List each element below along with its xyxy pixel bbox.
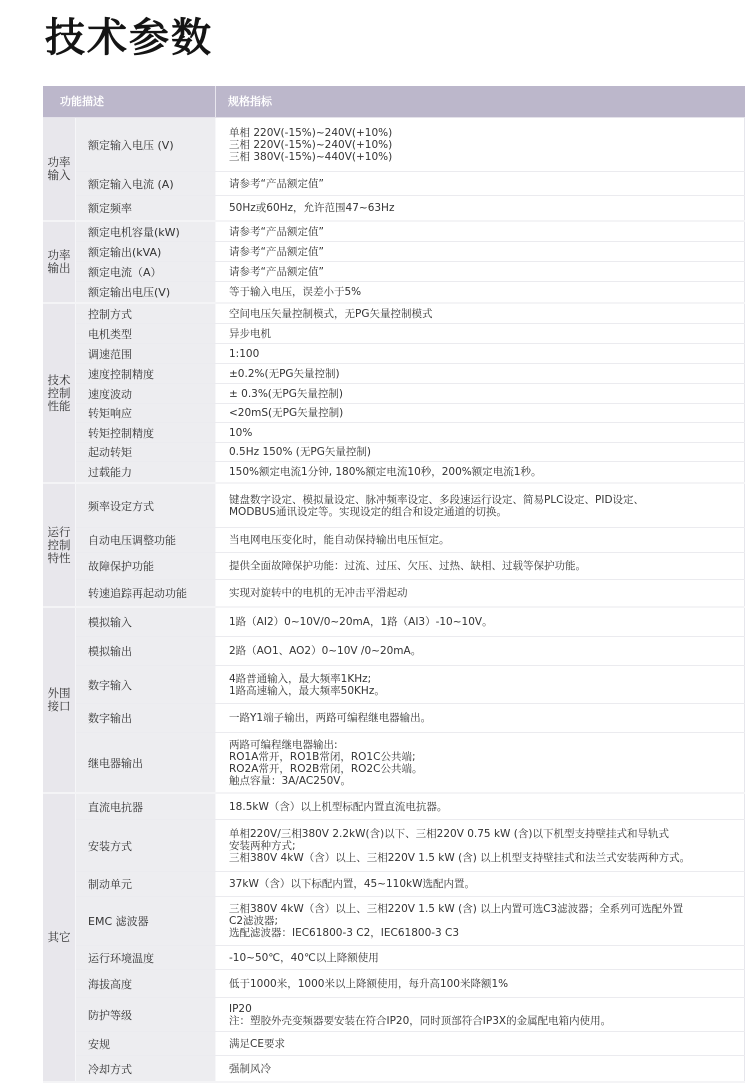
row-label: 故障保护功能 [76,553,216,579]
value-line: 注：塑胶外壳变频器要安装在符合IP20，同时顶部符合IP3X的金属配电箱内使用。 [229,1015,740,1027]
row-label: 转矩控制精度 [76,423,216,442]
row-value: 18.5kW（含）以上机型标配内置直流电抗器。 [216,794,745,819]
row-label: 额定输入电压 (V) [76,118,216,171]
row-label: 电机类型 [76,324,216,343]
value-line: 37kW（含）以下标配内置，45~110kW选配内置。 [229,878,740,890]
table-row: 额定电流（A）请参考“产品额定值” [76,262,745,282]
value-line: 三相 380V(-15%)~440V(+10%) [229,151,740,163]
spec-group: 外围接口模拟输入1路（AI2）0~10V/0~20mA，1路（AI3）-10~1… [43,608,745,794]
value-line: 1:100 [229,348,740,360]
table-row: 制动单元37kW（含）以下标配内置，45~110kW选配内置。 [76,872,745,897]
group-rows: 模拟输入1路（AI2）0~10V/0~20mA，1路（AI3）-10~10V。模… [76,608,745,792]
row-label: 模拟输入 [76,608,216,636]
group-label: 功率输入 [43,118,76,220]
value-line: 三相 220V(-15%)~240V(+10%) [229,139,740,151]
table-row: 数字输入4路普通输入，最大频率1KHz;1路高速输入，最大频率50KHz。 [76,666,745,704]
row-value: 请参考“产品额定值” [216,172,745,195]
value-line: C2滤波器; [229,915,740,927]
table-row: 起动转矩0.5Hz 150% (无PG矢量控制) [76,443,745,462]
row-label: 模拟输出 [76,637,216,665]
group-label: 技术控制性能 [43,304,76,482]
row-label: 控制方式 [76,304,216,323]
row-label: 数字输入 [76,666,216,703]
table-row: 转矩响应<20mS(无PG矢量控制) [76,404,745,423]
table-row: 防护等级IP20注：塑胶外壳变频器要安装在符合IP20，同时顶部符合IP3X的金… [76,998,745,1032]
value-line: 请参考“产品额定值” [229,266,740,278]
table-row: 模拟输入1路（AI2）0~10V/0~20mA，1路（AI3）-10~10V。 [76,608,745,637]
row-label: 制动单元 [76,872,216,896]
table-row: 故障保护功能提供全面故障保护功能：过流、过压、欠压、过热、缺相、过载等保护功能。 [76,553,745,580]
row-label: 额定频率 [76,196,216,220]
group-label-text: 其它 [46,931,72,944]
table-row: 额定输出电压(V)等于输入电压，误差小于5% [76,282,745,302]
row-value: 实现对旋转中的电机的无冲击平滑起动 [216,580,745,606]
row-value: ±0.2%(无PG矢量控制) [216,364,745,383]
row-label: 数字输出 [76,704,216,732]
table-row: 调速范围1:100 [76,344,745,364]
value-line: 50Hz或60Hz，允许范围47~63Hz [229,202,740,214]
row-value: 请参考“产品额定值” [216,222,745,241]
value-line: 键盘数字设定、模拟量设定、脉冲频率设定、多段速运行设定、简易PLC设定、PID设… [229,494,740,506]
row-label: 额定输出电压(V) [76,282,216,302]
group-label: 其它 [43,794,76,1081]
table-row: 数字输出一路Y1端子输出，两路可编程继电器输出。 [76,704,745,733]
value-line: RO2A常开，RO2B常闭，RO2C公共端。 [229,763,740,775]
row-value: IP20注：塑胶外壳变频器要安装在符合IP20，同时顶部符合IP3X的金属配电箱… [216,998,745,1031]
group-rows: 额定电机容量(kW)请参考“产品额定值”额定输出(kVA)请参考“产品额定值”额… [76,222,745,302]
row-value: 4路普通输入，最大频率1KHz;1路高速输入，最大频率50KHz。 [216,666,745,703]
spec-group: 功率输出额定电机容量(kW)请参考“产品额定值”额定输出(kVA)请参考“产品额… [43,222,745,304]
row-value: 等于输入电压，误差小于5% [216,282,745,302]
table-row: EMC 滤波器三相380V 4kW（含）以上、三相220V 1.5 kW (含)… [76,897,745,946]
table-row: 安规满足CE要求 [76,1032,745,1056]
table-row: 频率设定方式键盘数字设定、模拟量设定、脉冲频率设定、多段速运行设定、简易PLC设… [76,484,745,528]
value-line: 空间电压矢量控制模式，无PG矢量控制模式 [229,308,740,320]
row-label: 额定电机容量(kW) [76,222,216,241]
table-body: 功率输入额定输入电压 (V)单相 220V(-15%)~240V(+10%)三相… [43,118,745,1083]
group-label-text: 功率输出 [46,249,72,275]
row-value: 10% [216,423,745,442]
value-line: 安装两种方式; [229,840,740,852]
value-line: 满足CE要求 [229,1038,740,1050]
value-line: 18.5kW（含）以上机型标配内置直流电抗器。 [229,801,740,813]
value-line: 150%额定电流1分钟, 180%额定电流10秒，200%额定电流1秒。 [229,466,740,478]
value-line: -10~50℃，40℃以上降额使用 [229,952,740,964]
row-label: 自动电压调整功能 [76,528,216,552]
table-row: 过载能力150%额定电流1分钟, 180%额定电流10秒，200%额定电流1秒。 [76,462,745,482]
row-label: 调速范围 [76,344,216,363]
row-value: <20mS(无PG矢量控制) [216,404,745,422]
value-line: 2路（AO1、AO2）0~10V /0~20mA。 [229,645,740,657]
value-line: <20mS(无PG矢量控制) [229,407,740,419]
row-label: 额定电流（A） [76,262,216,281]
value-line: 请参考“产品额定值” [229,246,740,258]
row-label: 频率设定方式 [76,484,216,527]
value-line: 异步电机 [229,328,740,340]
row-label: 速度波动 [76,384,216,403]
row-value: 37kW（含）以下标配内置，45~110kW选配内置。 [216,872,745,896]
value-line: 4路普通输入，最大频率1KHz; [229,673,740,685]
value-line: 实现对旋转中的电机的无冲击平滑起动 [229,587,740,599]
table-row: 速度控制精度±0.2%(无PG矢量控制) [76,364,745,384]
value-line: 低于1000米，1000米以上降额使用，每升高100米降额1% [229,978,740,990]
spec-table: 功能描述 规格指标 功率输入额定输入电压 (V)单相 220V(-15%)~24… [43,86,745,1083]
row-label: 过载能力 [76,462,216,482]
value-line: MODBUS通讯设定等。实现设定的组合和设定通道的切换。 [229,506,740,518]
row-label: 安装方式 [76,820,216,871]
value-line: RO1A常开，RO1B常闭，RO1C公共端; [229,751,740,763]
row-value: 请参考“产品额定值” [216,262,745,281]
group-rows: 直流电抗器18.5kW（含）以上机型标配内置直流电抗器。安装方式单相220V/三… [76,794,745,1081]
value-line: 两路可编程继电器输出: [229,739,740,751]
row-value: 1:100 [216,344,745,363]
header-function-description: 功能描述 [43,86,216,117]
spec-group: 其它直流电抗器18.5kW（含）以上机型标配内置直流电抗器。安装方式单相220V… [43,794,745,1083]
table-header: 功能描述 规格指标 [43,86,745,118]
value-line: 请参考“产品额定值” [229,178,740,190]
row-label: EMC 滤波器 [76,897,216,945]
page-title: 技术参数 [45,12,213,64]
value-line: 选配滤波器：IEC61800-3 C2，IEC61800-3 C3 [229,927,740,939]
table-row: 额定输出(kVA)请参考“产品额定值” [76,242,745,262]
table-row: 安装方式单相220V/三相380V 2.2kW(含)以下、三相220V 0.75… [76,820,745,872]
table-row: 控制方式空间电压矢量控制模式，无PG矢量控制模式 [76,304,745,324]
group-label-text: 运行控制特性 [46,526,72,565]
value-line: 1路（AI2）0~10V/0~20mA，1路（AI3）-10~10V。 [229,616,740,628]
spec-group: 运行控制特性频率设定方式键盘数字设定、模拟量设定、脉冲频率设定、多段速运行设定、… [43,484,745,608]
row-label: 速度控制精度 [76,364,216,383]
value-line: 当电网电压变化时，能自动保持输出电压恒定。 [229,534,740,546]
row-value: 满足CE要求 [216,1032,745,1055]
row-label: 起动转矩 [76,443,216,461]
row-label: 防护等级 [76,998,216,1031]
table-row: 额定频率50Hz或60Hz，允许范围47~63Hz [76,196,745,220]
group-rows: 频率设定方式键盘数字设定、模拟量设定、脉冲频率设定、多段速运行设定、简易PLC设… [76,484,745,606]
value-line: 一路Y1端子输出，两路可编程继电器输出。 [229,712,740,724]
row-label: 直流电抗器 [76,794,216,819]
table-row: 速度波动± 0.3%(无PG矢量控制) [76,384,745,404]
row-value: -10~50℃，40℃以上降额使用 [216,946,745,969]
row-value: 强制风冷 [216,1056,745,1081]
table-row: 冷却方式强制风冷 [76,1056,745,1081]
row-label: 运行环境温度 [76,946,216,969]
table-row: 继电器输出两路可编程继电器输出:RO1A常开，RO1B常闭，RO1C公共端;RO… [76,733,745,792]
group-label-text: 技术控制性能 [46,374,72,413]
row-value: 1路（AI2）0~10V/0~20mA，1路（AI3）-10~10V。 [216,608,745,636]
header-specification: 规格指标 [216,86,745,117]
table-row: 额定电机容量(kW)请参考“产品额定值” [76,222,745,242]
row-label: 转矩响应 [76,404,216,422]
row-label: 继电器输出 [76,733,216,792]
value-line: 强制风冷 [229,1063,740,1075]
table-row: 模拟输出2路（AO1、AO2）0~10V /0~20mA。 [76,637,745,666]
value-line: 请参考“产品额定值” [229,226,740,238]
value-line: 单相 220V(-15%)~240V(+10%) [229,127,740,139]
table-row: 直流电抗器18.5kW（含）以上机型标配内置直流电抗器。 [76,794,745,820]
row-value: 请参考“产品额定值” [216,242,745,261]
group-label: 外围接口 [43,608,76,792]
row-value: 键盘数字设定、模拟量设定、脉冲频率设定、多段速运行设定、简易PLC设定、PID设… [216,484,745,527]
table-row: 额定输入电流 (A)请参考“产品额定值” [76,172,745,196]
row-value: 两路可编程继电器输出:RO1A常开，RO1B常闭，RO1C公共端;RO2A常开，… [216,733,745,792]
row-value: 单相 220V(-15%)~240V(+10%)三相 220V(-15%)~24… [216,118,745,171]
value-line: ± 0.3%(无PG矢量控制) [229,388,740,400]
value-line: 单相220V/三相380V 2.2kW(含)以下、三相220V 0.75 kW … [229,828,740,840]
row-label: 海拔高度 [76,970,216,997]
value-line: 触点容量：3A/AC250V。 [229,775,740,787]
row-label: 转速追踪再起动功能 [76,580,216,606]
group-rows: 控制方式空间电压矢量控制模式，无PG矢量控制模式电机类型异步电机调速范围1:10… [76,304,745,482]
row-label: 额定输入电流 (A) [76,172,216,195]
row-value: ± 0.3%(无PG矢量控制) [216,384,745,403]
table-row: 自动电压调整功能当电网电压变化时，能自动保持输出电压恒定。 [76,528,745,553]
table-row: 电机类型异步电机 [76,324,745,344]
table-row: 运行环境温度-10~50℃，40℃以上降额使用 [76,946,745,970]
row-value: 当电网电压变化时，能自动保持输出电压恒定。 [216,528,745,552]
row-value: 异步电机 [216,324,745,343]
group-label: 功率输出 [43,222,76,302]
row-value: 提供全面故障保护功能：过流、过压、欠压、过热、缺相、过载等保护功能。 [216,553,745,579]
table-row: 转矩控制精度10% [76,423,745,443]
row-value: 一路Y1端子输出，两路可编程继电器输出。 [216,704,745,732]
value-line: 三相380V 4kW（含）以上、三相220V 1.5 kW (含) 以上机型支持… [229,852,740,864]
group-label-text: 功率输入 [46,156,72,182]
value-line: 三相380V 4kW（含）以上、三相220V 1.5 kW (含) 以上内置可选… [229,903,740,915]
table-row: 海拔高度低于1000米，1000米以上降额使用，每升高100米降额1% [76,970,745,998]
row-value: 0.5Hz 150% (无PG矢量控制) [216,443,745,461]
row-label: 冷却方式 [76,1056,216,1081]
value-line: 提供全面故障保护功能：过流、过压、欠压、过热、缺相、过载等保护功能。 [229,560,740,572]
row-value: 单相220V/三相380V 2.2kW(含)以下、三相220V 0.75 kW … [216,820,745,871]
row-value: 三相380V 4kW（含）以上、三相220V 1.5 kW (含) 以上内置可选… [216,897,745,945]
group-rows: 额定输入电压 (V)单相 220V(-15%)~240V(+10%)三相 220… [76,118,745,220]
value-line: 等于输入电压，误差小于5% [229,286,740,298]
value-line: ±0.2%(无PG矢量控制) [229,368,740,380]
row-label: 额定输出(kVA) [76,242,216,261]
value-line: 10% [229,427,740,439]
value-line: 0.5Hz 150% (无PG矢量控制) [229,446,740,458]
table-row: 转速追踪再起动功能实现对旋转中的电机的无冲击平滑起动 [76,580,745,606]
row-value: 150%额定电流1分钟, 180%额定电流10秒，200%额定电流1秒。 [216,462,745,482]
value-line: IP20 [229,1003,740,1015]
row-value: 低于1000米，1000米以上降额使用，每升高100米降额1% [216,970,745,997]
row-value: 空间电压矢量控制模式，无PG矢量控制模式 [216,304,745,323]
table-row: 额定输入电压 (V)单相 220V(-15%)~240V(+10%)三相 220… [76,118,745,172]
group-label: 运行控制特性 [43,484,76,606]
spec-group: 技术控制性能控制方式空间电压矢量控制模式，无PG矢量控制模式电机类型异步电机调速… [43,304,745,484]
row-label: 安规 [76,1032,216,1055]
row-value: 50Hz或60Hz，允许范围47~63Hz [216,196,745,220]
spec-group: 功率输入额定输入电压 (V)单相 220V(-15%)~240V(+10%)三相… [43,118,745,222]
row-value: 2路（AO1、AO2）0~10V /0~20mA。 [216,637,745,665]
group-label-text: 外围接口 [46,687,72,713]
value-line: 1路高速输入，最大频率50KHz。 [229,685,740,697]
